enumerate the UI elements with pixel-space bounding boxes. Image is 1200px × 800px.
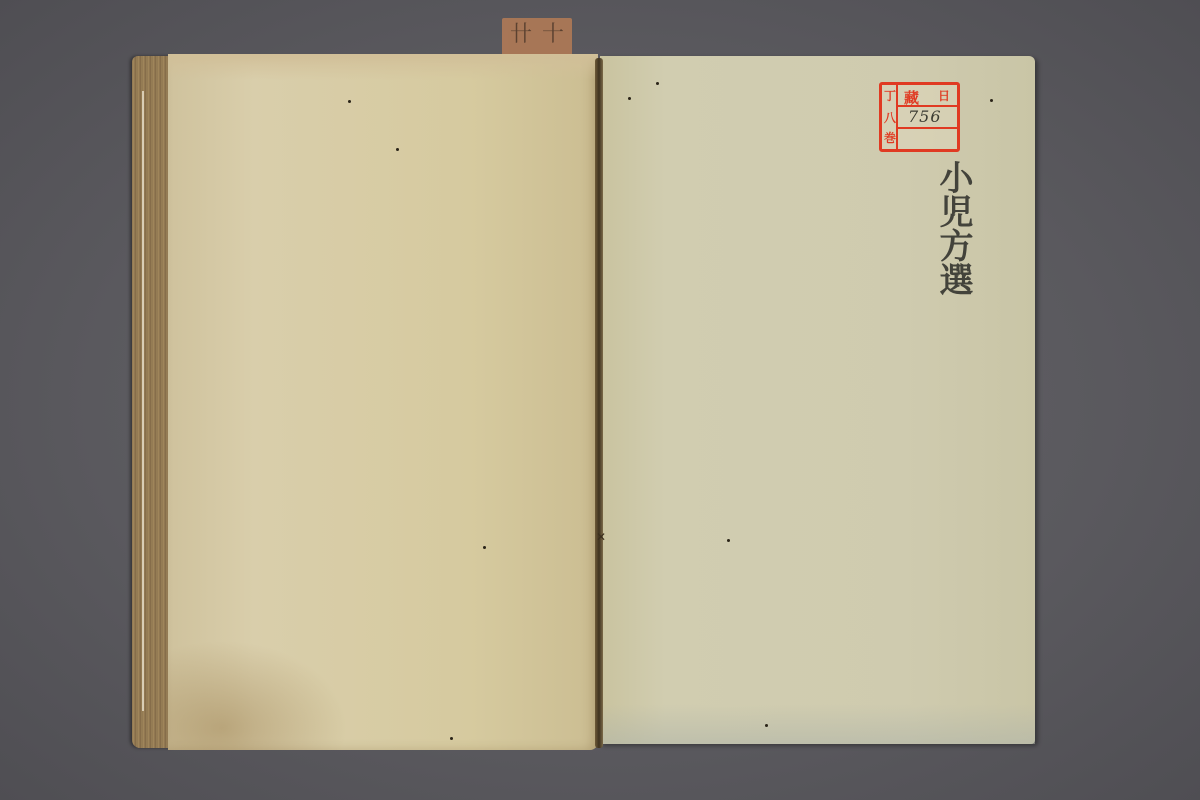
- paper-stain: [168, 640, 348, 750]
- left-page: [168, 54, 598, 750]
- seal-top-char: 藏: [904, 87, 919, 108]
- tab-mark: 十: [542, 24, 564, 46]
- tab-mark: 卄: [510, 24, 532, 46]
- speck: [483, 546, 486, 549]
- handwritten-title: 小児方選: [940, 160, 980, 296]
- speck: [348, 100, 351, 103]
- speck: [765, 724, 768, 727]
- speck: [990, 99, 993, 102]
- speck: [727, 539, 730, 542]
- speck: [628, 97, 631, 100]
- speck: [396, 148, 399, 151]
- seal-number: 756: [908, 107, 942, 126]
- book-gutter: [595, 58, 603, 748]
- open-book: [130, 50, 1045, 755]
- seal-char: 八: [884, 109, 896, 126]
- binding-thread: ✕: [596, 530, 602, 560]
- seal-corner-char: 日: [938, 87, 950, 104]
- ownership-seal: 丁 八 巻 藏 日 756: [879, 82, 960, 152]
- speck: [450, 737, 453, 740]
- speck: [656, 82, 659, 85]
- book-fore-edge: [132, 56, 172, 748]
- seal-char: 巻: [884, 129, 896, 146]
- seal-char: 丁: [884, 87, 896, 104]
